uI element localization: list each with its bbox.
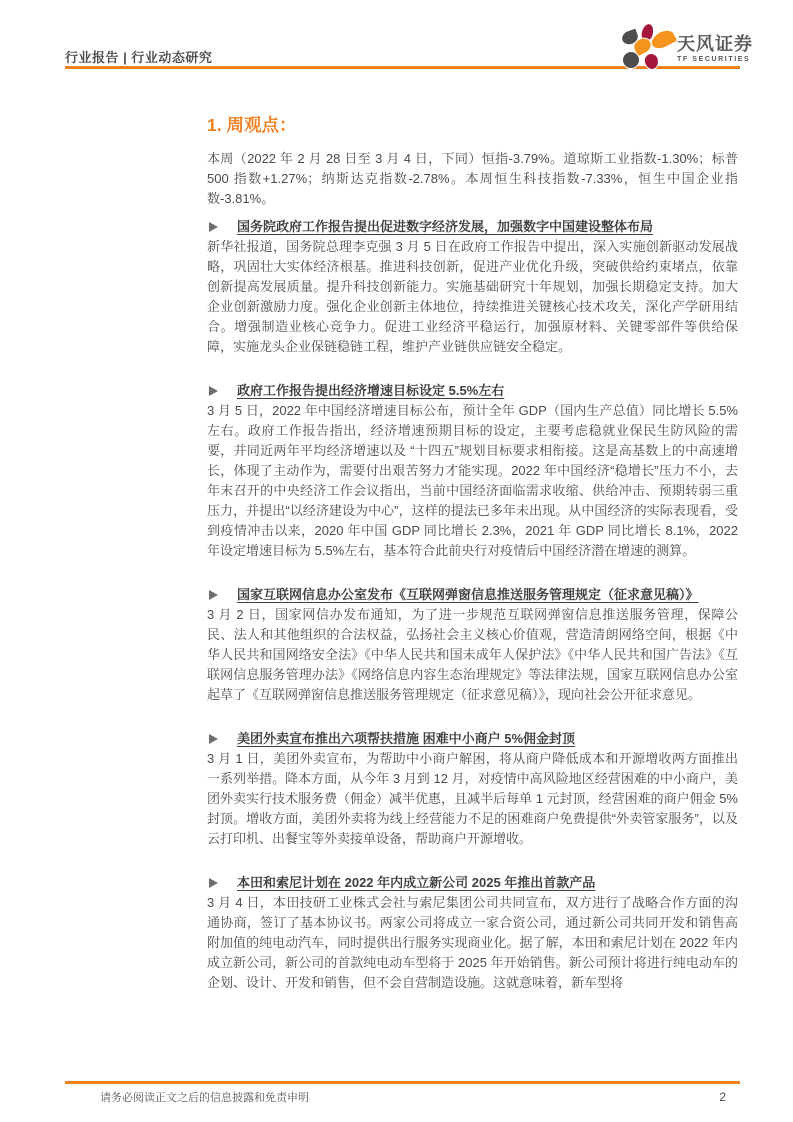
news-body: 3 月 1 日，美团外卖宣布，为帮助中小商户解困，将从商户降低成本和开源增收两方… [207, 749, 738, 849]
page-footer: 请务必阅读正文之后的信息披露和免责申明 2 [65, 1089, 740, 1105]
disclaimer-text: 请务必阅读正文之后的信息披露和免责申明 [65, 1089, 309, 1105]
section-title: 1. 周观点： [207, 112, 738, 138]
news-section-5: 本田和索尼计划在 2022 年内成立新公司 2025 年推出首款产品 3 月 4… [207, 873, 738, 993]
news-section-3: 国家互联网信息办公室发布《互联网弹窗信息推送服务管理规定（征求意见稿）》 3 月… [207, 585, 738, 705]
logo-cn-text: 天风证券 [677, 34, 753, 54]
news-section-4: 美团外卖宣布推出六项帮扶措施 困难中小商户 5%佣金封顶 3 月 1 日，美团外… [207, 729, 738, 849]
news-heading: 政府工作报告提出经济增速目标设定 5.5%左右 [207, 381, 738, 401]
news-heading-text: 美团外卖宣布推出六项帮扶措施 困难中小商户 5%佣金封顶 [237, 729, 575, 749]
news-heading-text: 本田和索尼计划在 2022 年内成立新公司 2025 年推出首款产品 [237, 873, 595, 893]
news-heading: 国家互联网信息办公室发布《互联网弹窗信息推送服务管理规定（征求意见稿）》 [207, 585, 738, 605]
petal-icon [622, 51, 640, 69]
bullet-arrow-icon [207, 381, 237, 396]
report-content: 1. 周观点： 本周（2022 年 2 月 28 日至 3 月 4 日，下同）恒… [207, 112, 738, 993]
petal-icon [642, 52, 660, 72]
bullet-arrow-icon [207, 873, 237, 888]
news-heading: 国务院政府工作报告提出促进数字经济发展，加强数字中国建设整体布局 [207, 217, 738, 237]
logo-flower-icon [618, 22, 676, 74]
bullet-arrow-icon [207, 729, 237, 744]
news-heading: 美团外卖宣布推出六项帮扶措施 困难中小商户 5%佣金封顶 [207, 729, 738, 749]
tf-securities-logo: 天风证券 TF SECURITIES [618, 22, 746, 74]
news-heading-text: 国务院政府工作报告提出促进数字经济发展，加强数字中国建设整体布局 [237, 217, 653, 237]
logo-wordmark: 天风证券 TF SECURITIES [677, 34, 753, 63]
report-type-label: 行业报告 | 行业动态研究 [65, 47, 212, 66]
footer-divider [65, 1081, 740, 1084]
bullet-arrow-icon [207, 585, 237, 600]
bullet-arrow-icon [207, 217, 237, 232]
news-heading-text: 国家互联网信息办公室发布《互联网弹窗信息推送服务管理规定（征求意见稿）》 [237, 585, 699, 605]
news-body: 3 月 2 日，国家网信办发布通知，为了进一步规范互联网弹窗信息推送服务管理，保… [207, 605, 738, 705]
news-body: 新华社报道，国务院总理李克强 3 月 5 日在政府工作报告中提出，深入实施创新驱… [207, 237, 738, 357]
page-number: 2 [719, 1090, 740, 1104]
news-heading-text: 政府工作报告提出经济增速目标设定 5.5%左右 [237, 381, 504, 401]
news-section-1: 国务院政府工作报告提出促进数字经济发展，加强数字中国建设整体布局 新华社报道，国… [207, 217, 738, 357]
news-heading: 本田和索尼计划在 2022 年内成立新公司 2025 年推出首款产品 [207, 873, 738, 893]
intro-paragraph: 本周（2022 年 2 月 28 日至 3 月 4 日，下同）恒指-3.79%。… [207, 149, 738, 209]
news-section-2: 政府工作报告提出经济增速目标设定 5.5%左右 3 月 5 日，2022 年中国… [207, 381, 738, 561]
news-body: 3 月 5 日，2022 年中国经济增速目标公布，预计全年 GDP（国内生产总值… [207, 401, 738, 561]
report-page: 行业报告 | 行业动态研究 天风证券 TF SECURITIES 1. 周观点：… [0, 0, 793, 1122]
news-body: 3 月 4 日，本田技研工业株式会社与索尼集团公司共同宣布，双方进行了战略合作方… [207, 893, 738, 993]
logo-en-text: TF SECURITIES [677, 56, 753, 63]
